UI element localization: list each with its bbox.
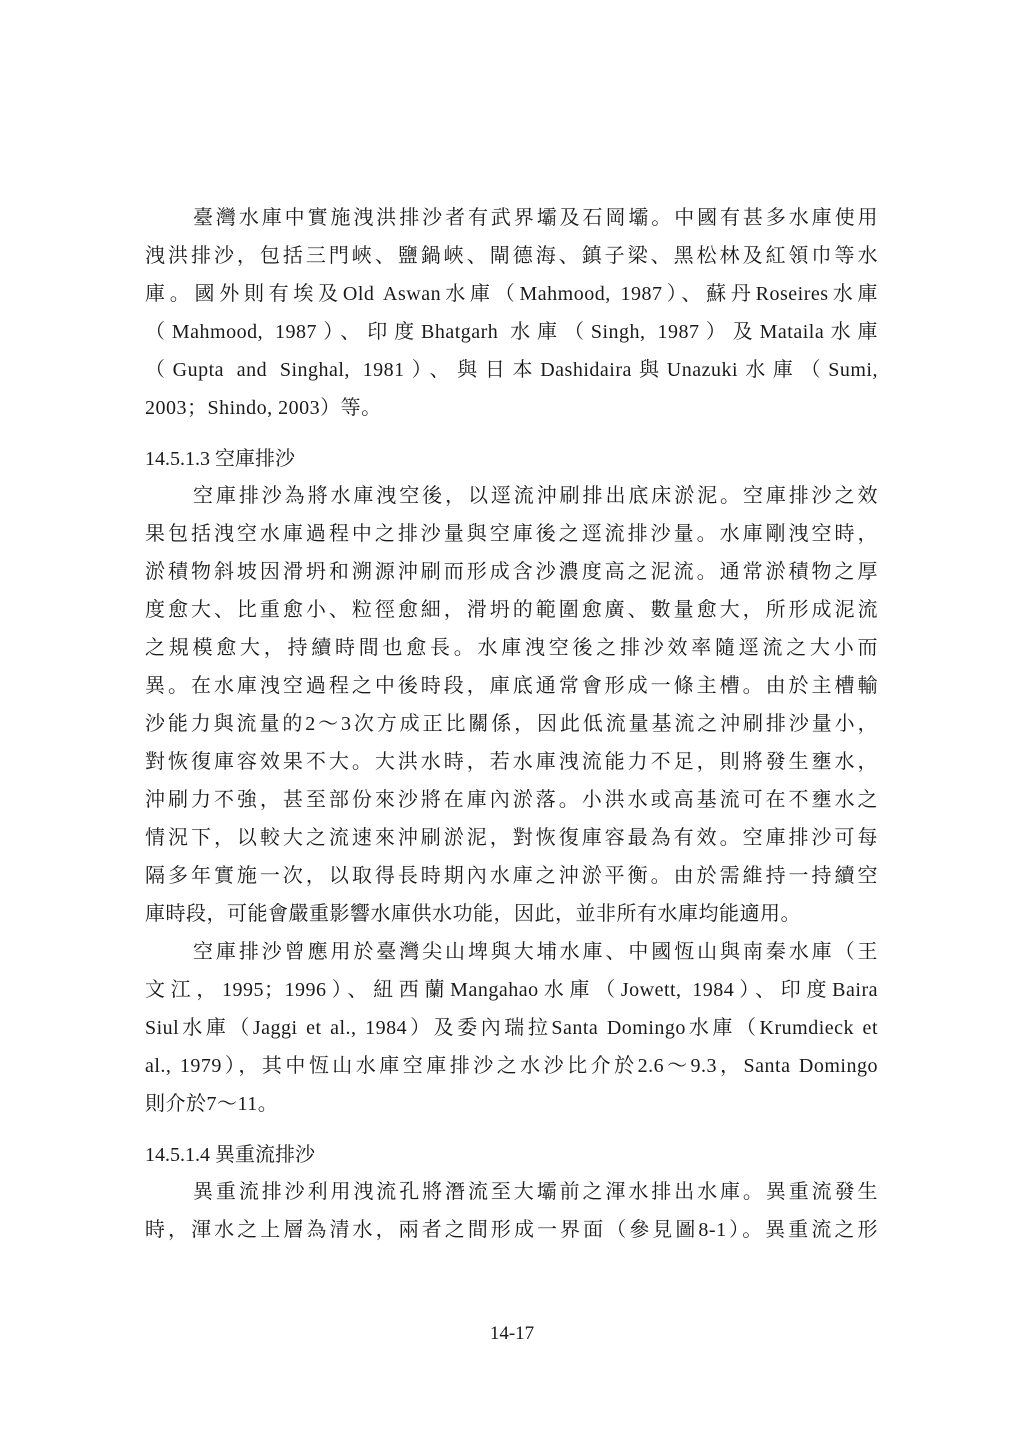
text-line: 則介於7～11。: [145, 1092, 878, 1116]
document-page: 臺灣水庫中實施洩洪排沙者有武界壩及石岡壩。中國有甚多水庫使用 洩洪排沙，包括三門…: [0, 0, 1024, 1448]
section-heading-14-5-1-4: 14.5.1.4 異重流排沙: [145, 1143, 315, 1167]
text-line: 隔多年實施一次，以取得長時期內水庫之沖淤平衡。由於需維持一持續空: [145, 864, 878, 888]
text-line: 對恢復庫容效果不大。大洪水時，若水庫洩流能力不足，則將發生壅水，: [145, 750, 878, 774]
text-line: Siul水庫（Jaggi et al., 1984）及委內瑞拉Santa Dom…: [145, 1016, 878, 1040]
text-line: （Gupta and Singhal, 1981）、與日本Dashidaira與…: [145, 358, 878, 382]
text-line: 情況下，以較大之流速來沖刷淤泥，對恢復庫容最為有效。空庫排沙可每: [145, 826, 878, 850]
text-line: 異。在水庫洩空過程之中後時段，庫底通常會形成一條主槽。由於主槽輸: [145, 674, 878, 698]
text-line: 庫時段，可能會嚴重影響水庫供水功能，因此，並非所有水庫均能適用。: [145, 902, 878, 926]
text-line: 沖刷力不強，甚至部份來沙將在庫內淤落。小洪水或高基流可在不壅水之: [145, 788, 878, 812]
page-number: 14-17: [0, 1322, 1024, 1346]
text-line: 淤積物斜坡因滑坍和溯源沖刷而形成含沙濃度高之泥流。通常淤積物之厚: [145, 560, 878, 584]
text-line: 空庫排沙為將水庫洩空後，以逕流沖刷排出底床淤泥。空庫排沙之效: [193, 484, 878, 508]
text-line: 洩洪排沙，包括三門峽、鹽鍋峽、閘德海、鎮子梁、黑松林及紅領巾等水: [145, 244, 878, 268]
section-heading-14-5-1-3: 14.5.1.3 空庫排沙: [145, 447, 295, 471]
text-line: al., 1979），其中恆山水庫空庫排沙之水沙比介於2.6～9.3，Santa…: [145, 1054, 878, 1078]
text-line: 庫。國外則有埃及Old Aswan水庫（Mahmood, 1987）、蘇丹Ros…: [145, 282, 878, 306]
text-line: 臺灣水庫中實施洩洪排沙者有武界壩及石岡壩。中國有甚多水庫使用: [193, 206, 878, 230]
text-line: 之規模愈大，持續時間也愈長。水庫洩空後之排沙效率隨逕流之大小而: [145, 636, 878, 660]
text-line: 度愈大、比重愈小、粒徑愈細，滑坍的範圍愈廣、數量愈大，所形成泥流: [145, 598, 878, 622]
text-line: 2003；Shindo, 2003）等。: [145, 396, 878, 420]
text-line: （Mahmood, 1987）、印度Bhatgarh 水庫（Singh, 198…: [145, 320, 878, 344]
text-line: 空庫排沙曾應用於臺灣尖山埤與大埔水庫、中國恆山與南秦水庫（王: [193, 940, 878, 964]
text-line: 異重流排沙利用洩流孔將潛流至大壩前之渾水排出水庫。異重流發生: [193, 1180, 878, 1204]
text-line: 果包括洩空水庫過程中之排沙量與空庫後之逕流排沙量。水庫剛洩空時，: [145, 522, 878, 546]
text-line: 文江，1995；1996）、紐西蘭Mangahao水庫（Jowett, 1984…: [145, 978, 878, 1002]
text-line: 時，渾水之上層為清水，兩者之間形成一界面（參見圖8-1）。異重流之形: [145, 1218, 878, 1242]
text-line: 沙能力與流量的2～3次方成正比關係，因此低流量基流之沖刷排沙量小，: [145, 712, 878, 736]
